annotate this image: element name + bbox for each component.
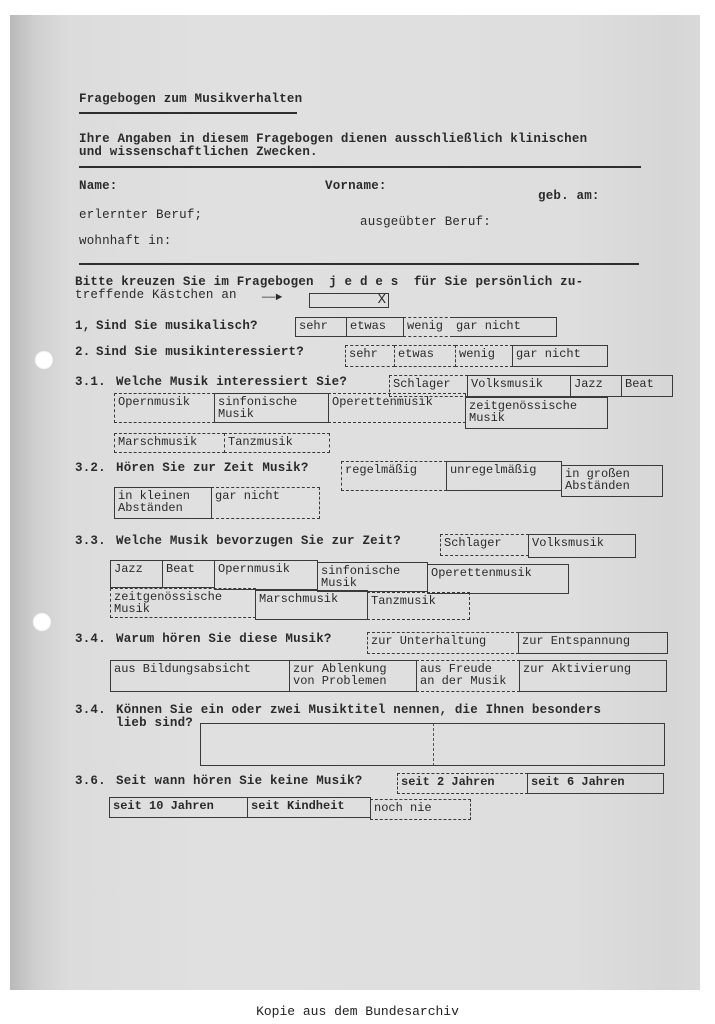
- punch-hole: [34, 350, 54, 370]
- q3-3-option-schlager[interactable]: Schlager: [440, 534, 529, 556]
- form-title: Fragebogen zum Musikverhalten: [79, 93, 302, 106]
- q3-6-option-seit-6-jahren[interactable]: seit 6 Jahren: [527, 773, 664, 794]
- q3-3-option-tanzmusik[interactable]: Tanzmusik: [367, 592, 470, 620]
- music-title-field-1[interactable]: [200, 723, 434, 766]
- example-checkbox: X: [309, 293, 389, 308]
- q3-2-option-gar-nicht[interactable]: gar nicht: [211, 487, 320, 519]
- q3-3-option-marschmusik[interactable]: Marschmusik: [255, 590, 368, 620]
- q1-option-etwas[interactable]: etwas: [346, 317, 404, 337]
- arrow-icon: ——►: [262, 292, 282, 305]
- q3-6-option-seit-2-jahren[interactable]: seit 2 Jahren: [397, 773, 528, 794]
- label-ausgeuebter-beruf: ausgeübter Beruf:: [360, 216, 491, 229]
- q3-1-option-jazz[interactable]: Jazz: [570, 375, 622, 397]
- q3-3-option-jazz[interactable]: Jazz: [110, 560, 163, 588]
- q3-1-option-tanzmusik[interactable]: Tanzmusik: [224, 433, 330, 453]
- fields-rule: [79, 263, 639, 265]
- question-3-5-text-line-2: lieb sind?: [116, 717, 193, 730]
- label-erlernter-beruf: erlernter Beruf;: [79, 209, 202, 222]
- q3-6-option-noch-nie[interactable]: noch nie: [370, 799, 471, 820]
- q3-1-option-marschmusik[interactable]: Marschmusik: [114, 433, 225, 453]
- intro-rule: [79, 166, 641, 168]
- q3-3-option-operettenmusik[interactable]: Operettenmusik: [427, 564, 569, 594]
- instruction-line-2: treffende Kästchen an: [75, 289, 237, 302]
- intro-line-2: und wissenschaftlichen Zwecken.: [79, 146, 318, 159]
- q3-2-option-in-kleinen-abstaenden[interactable]: in kleinen Abständen: [114, 487, 212, 519]
- q3-4-option-zur-aktivierung[interactable]: zur Aktivierung: [519, 660, 667, 692]
- q1-option-sehr[interactable]: sehr: [295, 317, 347, 337]
- question-3-2-number: 3.2.: [75, 462, 106, 475]
- music-title-field-2[interactable]: [433, 723, 665, 766]
- x-mark-icon: X: [378, 293, 386, 308]
- question-3-6-text: Seit wann hören Sie keine Musik?: [116, 775, 362, 788]
- q1-option-gar-nicht[interactable]: gar nicht: [453, 317, 557, 337]
- question-3-1-number: 3.1.: [75, 376, 106, 389]
- question-2-text: Sind Sie musikinteressiert?: [96, 346, 304, 359]
- q2-option-wenig[interactable]: wenig: [455, 345, 513, 367]
- q3-6-option-seit-10-jahren[interactable]: seit 10 Jahren: [109, 797, 248, 818]
- question-3-4-text: Warum hören Sie diese Musik?: [116, 633, 332, 646]
- q3-1-option-zeitgenoessische-musik[interactable]: zeitgenössische Musik: [465, 397, 608, 429]
- question-2-number: 2.: [75, 346, 90, 359]
- label-name: Name:: [79, 180, 118, 193]
- q3-1-option-operettenmusik[interactable]: Operettenmusik: [328, 393, 466, 423]
- q2-option-gar-nicht[interactable]: gar nicht: [512, 345, 608, 367]
- q1-option-wenig[interactable]: wenig: [403, 317, 453, 337]
- question-3-3-number: 3.3.: [75, 535, 106, 548]
- question-1-number: 1,: [75, 320, 90, 333]
- q3-3-option-volksmusik[interactable]: Volksmusik: [528, 534, 636, 558]
- q3-4-option-aus-freude[interactable]: aus Freude an der Musik: [416, 660, 520, 692]
- q3-1-option-volksmusik[interactable]: Volksmusik: [467, 375, 571, 397]
- q3-4-option-aus-bildungsabsicht[interactable]: aus Bildungsabsicht: [110, 660, 290, 692]
- label-wohnhaft: wohnhaft in:: [79, 235, 171, 248]
- q3-3-option-zeitgenoessische-musik[interactable]: zeitgenössische Musik: [110, 588, 256, 618]
- question-3-4-number: 3.4.: [75, 633, 106, 646]
- q3-1-option-beat[interactable]: Beat: [621, 375, 673, 397]
- label-geb: geb. am:: [538, 190, 600, 203]
- archive-footer: Kopie aus dem Bundesarchiv: [0, 1004, 715, 1019]
- punch-hole: [32, 612, 52, 632]
- question-3-1-text: Welche Musik interessiert Sie?: [116, 376, 347, 389]
- q3-2-option-in-grossen-abstaenden[interactable]: in großen Abständen: [561, 465, 663, 497]
- question-3-6-number: 3.6.: [75, 775, 106, 788]
- q3-1-option-opernmusik[interactable]: Opernmusik: [114, 393, 215, 423]
- question-3-2-text: Hören Sie zur Zeit Musik?: [116, 462, 309, 475]
- q3-3-option-opernmusik[interactable]: Opernmusik: [214, 560, 318, 590]
- q3-4-option-zur-unterhaltung[interactable]: zur Unterhaltung: [367, 632, 519, 654]
- question-3-5-number: 3.4.: [75, 704, 106, 717]
- q2-option-etwas[interactable]: etwas: [394, 345, 456, 367]
- question-1-text: Sind Sie musikalisch?: [96, 320, 258, 333]
- q3-2-option-regelmaessig[interactable]: regelmäßig: [341, 461, 447, 491]
- q3-6-option-seit-kindheit[interactable]: seit Kindheit: [247, 797, 371, 818]
- title-underline: [79, 112, 297, 114]
- q3-4-option-zur-ablenkung[interactable]: zur Ablenkung von Problemen: [289, 660, 417, 692]
- label-vorname: Vorname:: [325, 180, 387, 193]
- q3-1-option-sinfonische-musik[interactable]: sinfonische Musik: [214, 393, 329, 423]
- q3-3-option-beat[interactable]: Beat: [162, 560, 215, 588]
- question-3-3-text: Welche Musik bevorzugen Sie zur Zeit?: [116, 535, 401, 548]
- q2-option-sehr[interactable]: sehr: [345, 345, 395, 367]
- q3-3-option-sinfonische-musik[interactable]: sinfonische Musik: [317, 562, 428, 592]
- q3-4-option-zur-entspannung[interactable]: zur Entspannung: [518, 632, 668, 654]
- q3-2-option-unregelmaessig[interactable]: unregelmäßig: [446, 461, 562, 491]
